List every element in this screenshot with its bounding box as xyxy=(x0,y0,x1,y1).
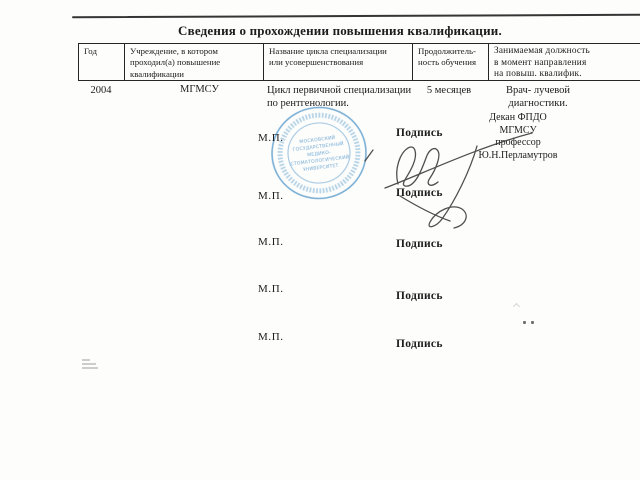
handwritten-signature xyxy=(360,130,540,235)
row-position: Врач- лучевой диагностики. xyxy=(488,84,588,110)
scan-speck-dot xyxy=(523,321,526,324)
row-year: 2004 xyxy=(78,84,124,97)
scan-speck-dot xyxy=(531,321,534,324)
scan-speck-cross xyxy=(513,303,520,310)
signature-label-4: Подпись xyxy=(396,290,443,302)
seal-placeholder-4: М.П. xyxy=(258,283,284,295)
signature-label-1: Подпись xyxy=(396,127,443,139)
signature-label-3: Подпись xyxy=(396,238,443,250)
qualification-table-header: Год Учреждение, в котором проходил(а) по… xyxy=(78,43,640,81)
page-title: Сведения о прохождении повышения квалифи… xyxy=(90,23,590,39)
signature-label-2: Подпись xyxy=(396,187,443,199)
header-duration: Продолжитель- ность обучения xyxy=(412,44,488,80)
header-year: Год xyxy=(79,44,124,80)
header-position: Занимаемая должность в момент направлени… xyxy=(488,44,640,80)
row-duration: 5 месяцев xyxy=(411,84,487,97)
signature-label-5: Подпись xyxy=(396,338,443,350)
seal-placeholder-5: М.П. xyxy=(258,331,284,343)
seal-placeholder-2: М.П. xyxy=(258,190,284,202)
seal-placeholder-3: М.П. xyxy=(258,236,284,248)
header-cycle: Название цикла специализации или усоверш… xyxy=(263,44,412,80)
scan-smudge xyxy=(82,359,100,371)
seal-placeholder-1: М.П. xyxy=(258,132,284,144)
scanned-document-page: Сведения о прохождении повышения квалифи… xyxy=(0,0,640,480)
row-institution: МГМСУ xyxy=(130,83,269,96)
header-institution: Учреждение, в котором проходил(а) повыше… xyxy=(124,44,263,80)
page-top-rule xyxy=(72,14,640,19)
